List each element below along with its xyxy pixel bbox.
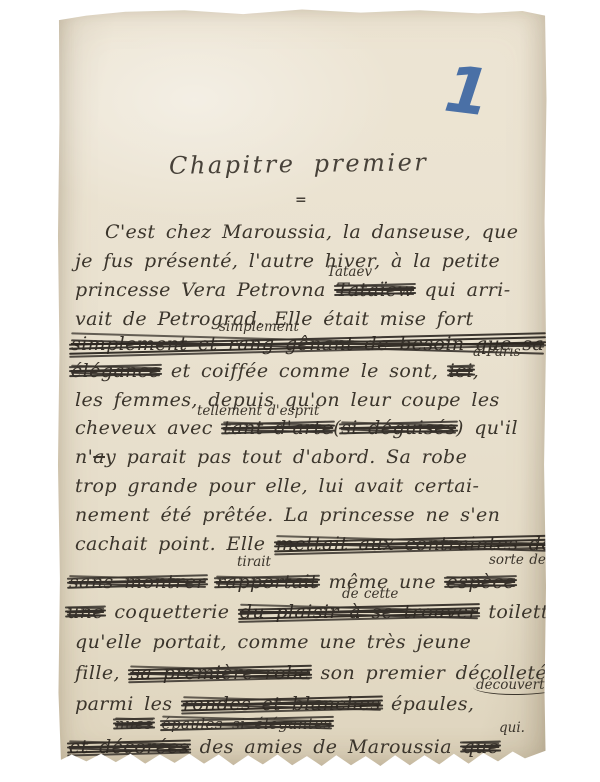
text-line: et décorées des amies de Maroussia que q…	[69, 736, 499, 759]
interline-text-line: nues épaules si élégantes	[115, 715, 332, 733]
manuscript-text: qu'elle portait, comme une très jeune	[75, 631, 471, 653]
text-line: princesse Vera Petrovna Tataïew qui arri…	[75, 279, 511, 302]
manuscript-text: princesse Vera Petrovna	[75, 279, 336, 301]
text-line: n'ay parait pas tout d'abord. Sa robe	[75, 446, 467, 469]
manuscript-text: épaules,	[381, 693, 475, 715]
manuscript-text: cachait point. Elle	[75, 533, 276, 555]
inserted-text: à Paris	[473, 344, 521, 360]
manuscript-text: C'est chez Maroussia, la danseuse, que	[105, 221, 518, 243]
scribbled-text: ici	[449, 360, 473, 383]
scribbled-text: que	[462, 736, 499, 759]
scribbled-text: Tataïew	[336, 279, 414, 302]
text-line: une coquetterie du plaisir à se trouver …	[67, 601, 561, 624]
text-line: trop grande pour elle, lui avait certai-	[75, 475, 479, 498]
inserted-text: tellement d'esprit	[197, 403, 319, 419]
manuscript-text: et coiffée comme le sont,	[160, 360, 448, 382]
manuscript-text: nement été prêtée. La princesse ne s'en	[75, 504, 500, 526]
manuscript-text: je fus présenté, l'autre hiver, à la pet…	[75, 250, 500, 272]
text-line: C'est chez Maroussia, la danseuse, que	[105, 221, 518, 244]
manuscript-text: coquetterie	[104, 601, 240, 623]
scribbled-text: du plaisir à se trouver	[240, 601, 478, 624]
scribbled-text: espèce	[446, 571, 515, 594]
scribbled-text: rondes et blanches	[183, 693, 381, 716]
text-line: qu'elle portait, comme une très jeune	[75, 631, 471, 654]
text-line: cachait point. Elle mettait aux contrain…	[75, 533, 553, 556]
title-underline-mark: =	[295, 192, 306, 208]
scribbled-text: une	[67, 601, 104, 624]
manuscript-text: y parait pas tout d'abord. Sa robe	[105, 446, 467, 468]
text-line: sans montrer rapportait même une espèce …	[69, 571, 515, 594]
manuscript-text: ) qu'il	[456, 417, 518, 439]
scribbled-text: épaules si élégantes	[162, 715, 332, 733]
page-number: 1	[441, 58, 493, 127]
text-line: je fus présenté, l'autre hiver, à la pet…	[75, 250, 500, 273]
scribbled-text: élégance	[71, 360, 160, 383]
text-line: nement été prêtée. La princesse ne s'en	[75, 504, 500, 527]
manuscript-text: fille,	[75, 662, 130, 684]
manuscript-text: trop grande pour elle, lui avait certai-	[75, 475, 479, 497]
text-line: parmi les rondes et blanches épaules, dé…	[75, 693, 474, 716]
inserted-text: de cette	[342, 586, 398, 602]
scribbled-text: et décorées	[69, 736, 189, 759]
manuscript-text: n'	[75, 446, 93, 468]
scribbled-text: nues	[115, 715, 153, 733]
scribbled-text: rapportait	[216, 571, 318, 594]
inserted-text: simplement	[219, 319, 299, 335]
manuscript-text: des amies de Maroussia	[189, 736, 462, 758]
scribbled-text: si déguisés	[341, 417, 456, 440]
scribbled-text: tant d'arte	[223, 417, 333, 440]
inserted-text: sorte de	[489, 552, 546, 568]
manuscript-text: toilette	[478, 601, 561, 623]
inserted-text: Tataev	[327, 264, 372, 280]
manuscript-text: ,	[473, 360, 479, 382]
manuscript-text: parmi les	[75, 693, 183, 715]
manuscript-page: 1 Chapitre premier = C'est chez Maroussi…	[57, 8, 547, 769]
text-line: cheveux avec tant d'arte(si déguisés) qu…	[75, 417, 518, 440]
chapter-title: Chapitre premier	[169, 148, 429, 180]
scribbled-text: sans montrer	[69, 571, 206, 594]
manuscript-text: qui arri-	[414, 279, 511, 301]
inserted-text: qui.	[499, 720, 525, 736]
scribbled-text: sa première robe	[130, 662, 310, 685]
inserted-text: tirait	[237, 554, 271, 570]
struck-text: a	[93, 446, 105, 468]
inserted-text: découvertes	[473, 677, 562, 695]
manuscript-text: cheveux avec	[75, 417, 223, 439]
text-line: élégance et coiffée comme le sont, ici, …	[71, 360, 479, 383]
